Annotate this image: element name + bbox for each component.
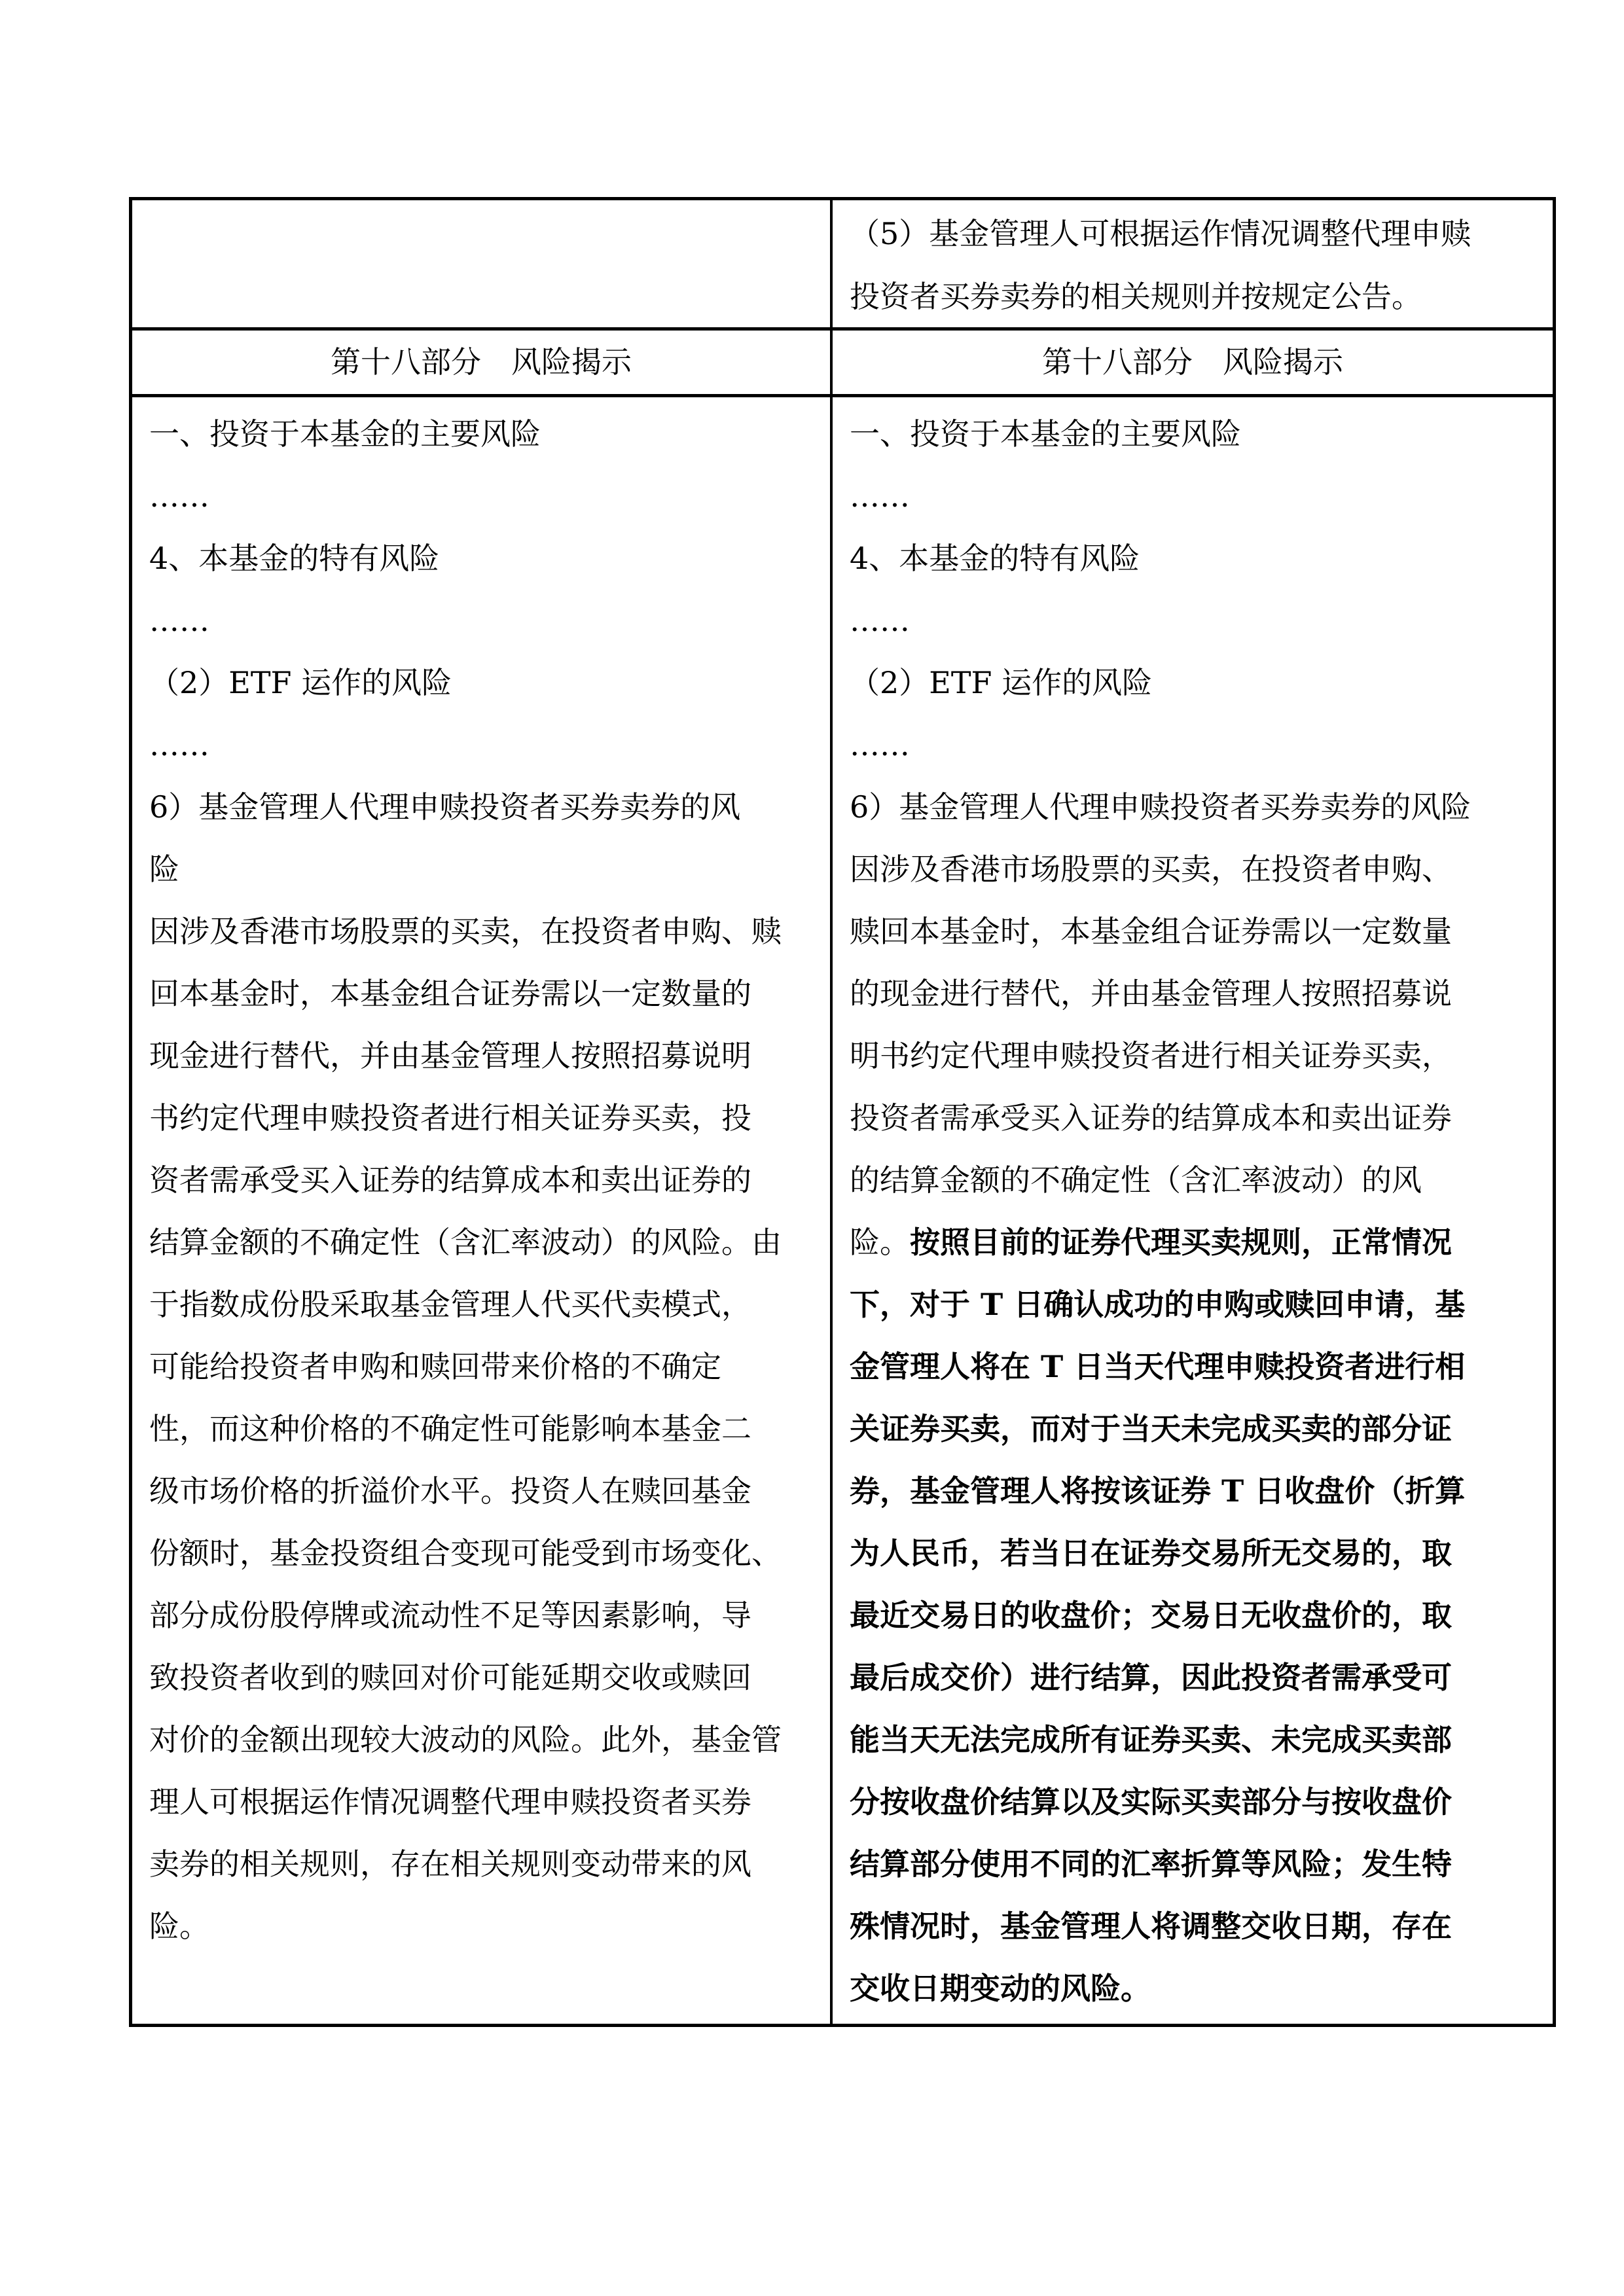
text-line: 份额时，基金投资组合变现可能受到市场变化、: [149, 1522, 822, 1585]
body-right-cell: 一、投资于本基金的主要风险……4、本基金的特有风险……（2）ETF 运作的风险……: [830, 394, 1553, 2024]
text-segment: 的现金进行替代，并由基金管理人按照招募说: [850, 976, 1452, 1011]
text-line: 资者需承受买入证券的结算成本和卖出证券的: [149, 1149, 822, 1211]
section-header-left: 第十八部分 风险揭示: [132, 327, 830, 394]
text-line: 险: [149, 838, 822, 901]
bold-text-segment: 金管理人将在 T 日当天代理申赎投资者进行相: [850, 1349, 1465, 1384]
text-segment: ……: [149, 603, 209, 638]
text-line: 卖券的相关规则，存在相关规则变动带来的风: [149, 1833, 822, 1895]
text-segment: 书约定代理申赎投资者进行相关证券买卖，投: [149, 1100, 751, 1136]
text-line: 分按收盘价结算以及实际买卖部分与按收盘价: [850, 1771, 1545, 1833]
text-segment: 回本基金时，本基金组合证券需以一定数量的: [149, 976, 751, 1011]
text-segment: 级市场价格的折溢价水平。投资人在赎回基金: [149, 1473, 751, 1509]
text-line: 赎回本基金时，本基金组合证券需以一定数量: [850, 901, 1545, 963]
row1-right-cell: （5）基金管理人可根据运作情况调整代理申赎投资者买券卖券的相关规则并按规定公告。: [830, 200, 1553, 327]
body-left-cell: 一、投资于本基金的主要风险……4、本基金的特有风险……（2）ETF 运作的风险……: [132, 394, 830, 2024]
text-segment: 于指数成份股采取基金管理人代买代卖模式，: [149, 1287, 751, 1322]
text-line: 关证券买卖，而对于当天未完成买卖的部分证: [850, 1398, 1545, 1460]
text-line: 级市场价格的折溢价水平。投资人在赎回基金: [149, 1460, 822, 1522]
text-segment: 卖券的相关规则，存在相关规则变动带来的风: [149, 1846, 751, 1882]
text-segment: ……: [149, 478, 209, 514]
text-segment: 投资者需承受买入证券的结算成本和卖出证券: [850, 1100, 1452, 1136]
text-segment: 4、本基金的特有风险: [149, 541, 439, 576]
text-segment: 对价的金额出现较大波动的风险。此外，基金管: [149, 1722, 782, 1757]
text-line: ……: [149, 590, 822, 652]
text-segment: 险: [149, 852, 179, 887]
text-line: 4、本基金的特有风险: [850, 528, 1545, 590]
text-line: 6）基金管理人代理申赎投资者买券卖券的风险: [850, 776, 1545, 838]
text-line: 4、本基金的特有风险: [149, 528, 822, 590]
bold-text-segment: 为人民币，若当日在证券交易所无交易的，取: [850, 1535, 1452, 1571]
text-line: （2）ETF 运作的风险: [850, 652, 1545, 714]
text-segment: 一、投资于本基金的主要风险: [850, 416, 1241, 452]
text-line: ……: [850, 590, 1545, 652]
text-line: 投资者买券卖券的相关规则并按规定公告。: [850, 265, 1545, 327]
text-line: ……: [850, 714, 1545, 776]
bold-text-segment: 交收日期变动的风险。: [850, 1971, 1151, 2006]
text-line: 殊情况时，基金管理人将调整交收日期，存在: [850, 1895, 1545, 1958]
text-line: 险。按照目前的证券代理买卖规则，正常情况: [850, 1211, 1545, 1274]
text-segment: 份额时，基金投资组合变现可能受到市场变化、: [149, 1535, 782, 1571]
text-segment: 赎回本基金时，本基金组合证券需以一定数量: [850, 914, 1452, 949]
text-line: 最近交易日的收盘价；交易日无收盘价的，取: [850, 1585, 1545, 1647]
text-line: 现金进行替代，并由基金管理人按照招募说明: [149, 1025, 822, 1087]
text-line: 对价的金额出现较大波动的风险。此外，基金管: [149, 1709, 822, 1771]
text-line: 投资者需承受买入证券的结算成本和卖出证券: [850, 1087, 1545, 1149]
text-line: 可能给投资者申购和赎回带来价格的不确定: [149, 1336, 822, 1398]
text-segment: ……: [850, 603, 910, 638]
section-header-right: 第十八部分 风险揭示: [830, 327, 1553, 394]
text-segment: 可能给投资者申购和赎回带来价格的不确定: [149, 1349, 721, 1384]
text-line: 致投资者收到的赎回对价可能延期交收或赎回: [149, 1647, 822, 1709]
text-segment: 6）基金管理人代理申赎投资者买券卖券的风: [149, 789, 740, 825]
document-page: （5）基金管理人可根据运作情况调整代理申赎投资者买券卖券的相关规则并按规定公告。…: [0, 0, 1624, 2296]
text-segment: 投资者买券卖券的相关规则并按规定公告。: [850, 279, 1422, 314]
text-line: 险。: [149, 1895, 822, 1958]
bold-text-segment: 殊情况时，基金管理人将调整交收日期，存在: [850, 1909, 1452, 1944]
text-line: 理人可根据运作情况调整代理申赎投资者买券: [149, 1771, 822, 1833]
text-line: 交收日期变动的风险。: [850, 1958, 1545, 2020]
bold-text-segment: 券，基金管理人将按该证券 T 日收盘价（折算: [850, 1473, 1465, 1509]
text-segment: 明书约定代理申赎投资者进行相关证券买卖，: [850, 1038, 1452, 1073]
text-line: 性，而这种价格的不确定性可能影响本基金二: [149, 1398, 822, 1460]
text-line: 金管理人将在 T 日当天代理申赎投资者进行相: [850, 1336, 1545, 1398]
text-line: 下，对于 T 日确认成功的申购或赎回申请，基: [850, 1274, 1545, 1336]
text-segment: （5）基金管理人可根据运作情况调整代理申赎: [850, 216, 1471, 251]
text-segment: （2）ETF 运作的风险: [850, 665, 1152, 700]
text-segment: 因涉及香港市场股票的买卖，在投资者申购、赎: [149, 914, 782, 949]
text-line: 结算金额的不确定性（含汇率波动）的风险。由: [149, 1211, 822, 1274]
text-segment: 险。: [850, 1225, 910, 1260]
text-line: 6）基金管理人代理申赎投资者买券卖券的风: [149, 776, 822, 838]
text-segment: ……: [149, 727, 209, 762]
text-line: 于指数成份股采取基金管理人代买代卖模式，: [149, 1274, 822, 1336]
text-segment: 致投资者收到的赎回对价可能延期交收或赎回: [149, 1660, 751, 1695]
text-segment: ……: [850, 478, 910, 514]
text-line: 因涉及香港市场股票的买卖，在投资者申购、: [850, 838, 1545, 901]
text-line: 一、投资于本基金的主要风险: [850, 403, 1545, 465]
text-segment: 资者需承受买入证券的结算成本和卖出证券的: [149, 1162, 751, 1198]
bold-text-segment: 能当天无法完成所有证券买卖、未完成买卖部: [850, 1722, 1452, 1757]
text-segment: 4、本基金的特有风险: [850, 541, 1140, 576]
text-segment: 现金进行替代，并由基金管理人按照招募说明: [149, 1038, 751, 1073]
text-line: 部分成份股停牌或流动性不足等因素影响，导: [149, 1585, 822, 1647]
bold-text-segment: 分按收盘价结算以及实际买卖部分与按收盘价: [850, 1784, 1452, 1820]
row1-left-cell: [132, 200, 830, 327]
text-segment: （2）ETF 运作的风险: [149, 665, 452, 700]
text-segment: 险。: [149, 1909, 209, 1944]
text-line: 书约定代理申赎投资者进行相关证券买卖，投: [149, 1087, 822, 1149]
text-segment: 因涉及香港市场股票的买卖，在投资者申购、: [850, 852, 1452, 887]
bold-text-segment: 下，对于 T 日确认成功的申购或赎回申请，基: [850, 1287, 1465, 1322]
bold-text-segment: 关证券买卖，而对于当天未完成买卖的部分证: [850, 1411, 1452, 1446]
text-line: （2）ETF 运作的风险: [149, 652, 822, 714]
text-line: 最后成交价）进行结算，因此投资者需承受可: [850, 1647, 1545, 1709]
text-line: 回本基金时，本基金组合证券需以一定数量的: [149, 963, 822, 1025]
text-segment: 部分成份股停牌或流动性不足等因素影响，导: [149, 1598, 751, 1633]
text-segment: 理人可根据运作情况调整代理申赎投资者买券: [149, 1784, 751, 1820]
text-line: ……: [149, 465, 822, 528]
bold-text-segment: 最后成交价）进行结算，因此投资者需承受可: [850, 1660, 1452, 1695]
comparison-table: （5）基金管理人可根据运作情况调整代理申赎投资者买券卖券的相关规则并按规定公告。…: [129, 197, 1556, 2027]
text-line: ……: [149, 714, 822, 776]
text-line: 的结算金额的不确定性（含汇率波动）的风: [850, 1149, 1545, 1211]
text-line: 的现金进行替代，并由基金管理人按照招募说: [850, 963, 1545, 1025]
text-line: 明书约定代理申赎投资者进行相关证券买卖，: [850, 1025, 1545, 1087]
bold-text-segment: 结算部分使用不同的汇率折算等风险；发生特: [850, 1846, 1452, 1882]
text-segment: 的结算金额的不确定性（含汇率波动）的风: [850, 1162, 1422, 1198]
text-segment: 性，而这种价格的不确定性可能影响本基金二: [149, 1411, 751, 1446]
text-line: （5）基金管理人可根据运作情况调整代理申赎: [850, 202, 1545, 265]
text-line: 一、投资于本基金的主要风险: [149, 403, 822, 465]
bold-text-segment: 按照目前的证券代理买卖规则，正常情况: [910, 1225, 1452, 1260]
text-line: 因涉及香港市场股票的买卖，在投资者申购、赎: [149, 901, 822, 963]
text-line: 结算部分使用不同的汇率折算等风险；发生特: [850, 1833, 1545, 1895]
text-segment: ……: [850, 727, 910, 762]
text-segment: 6）基金管理人代理申赎投资者买券卖券的风险: [850, 789, 1471, 825]
text-line: ……: [850, 465, 1545, 528]
bold-text-segment: 最近交易日的收盘价；交易日无收盘价的，取: [850, 1598, 1452, 1633]
text-segment: 结算金额的不确定性（含汇率波动）的风险。由: [149, 1225, 782, 1260]
text-line: 券，基金管理人将按该证券 T 日收盘价（折算: [850, 1460, 1545, 1522]
text-segment: 一、投资于本基金的主要风险: [149, 416, 541, 452]
text-line: 为人民币，若当日在证券交易所无交易的，取: [850, 1522, 1545, 1585]
text-line: 能当天无法完成所有证券买卖、未完成买卖部: [850, 1709, 1545, 1771]
